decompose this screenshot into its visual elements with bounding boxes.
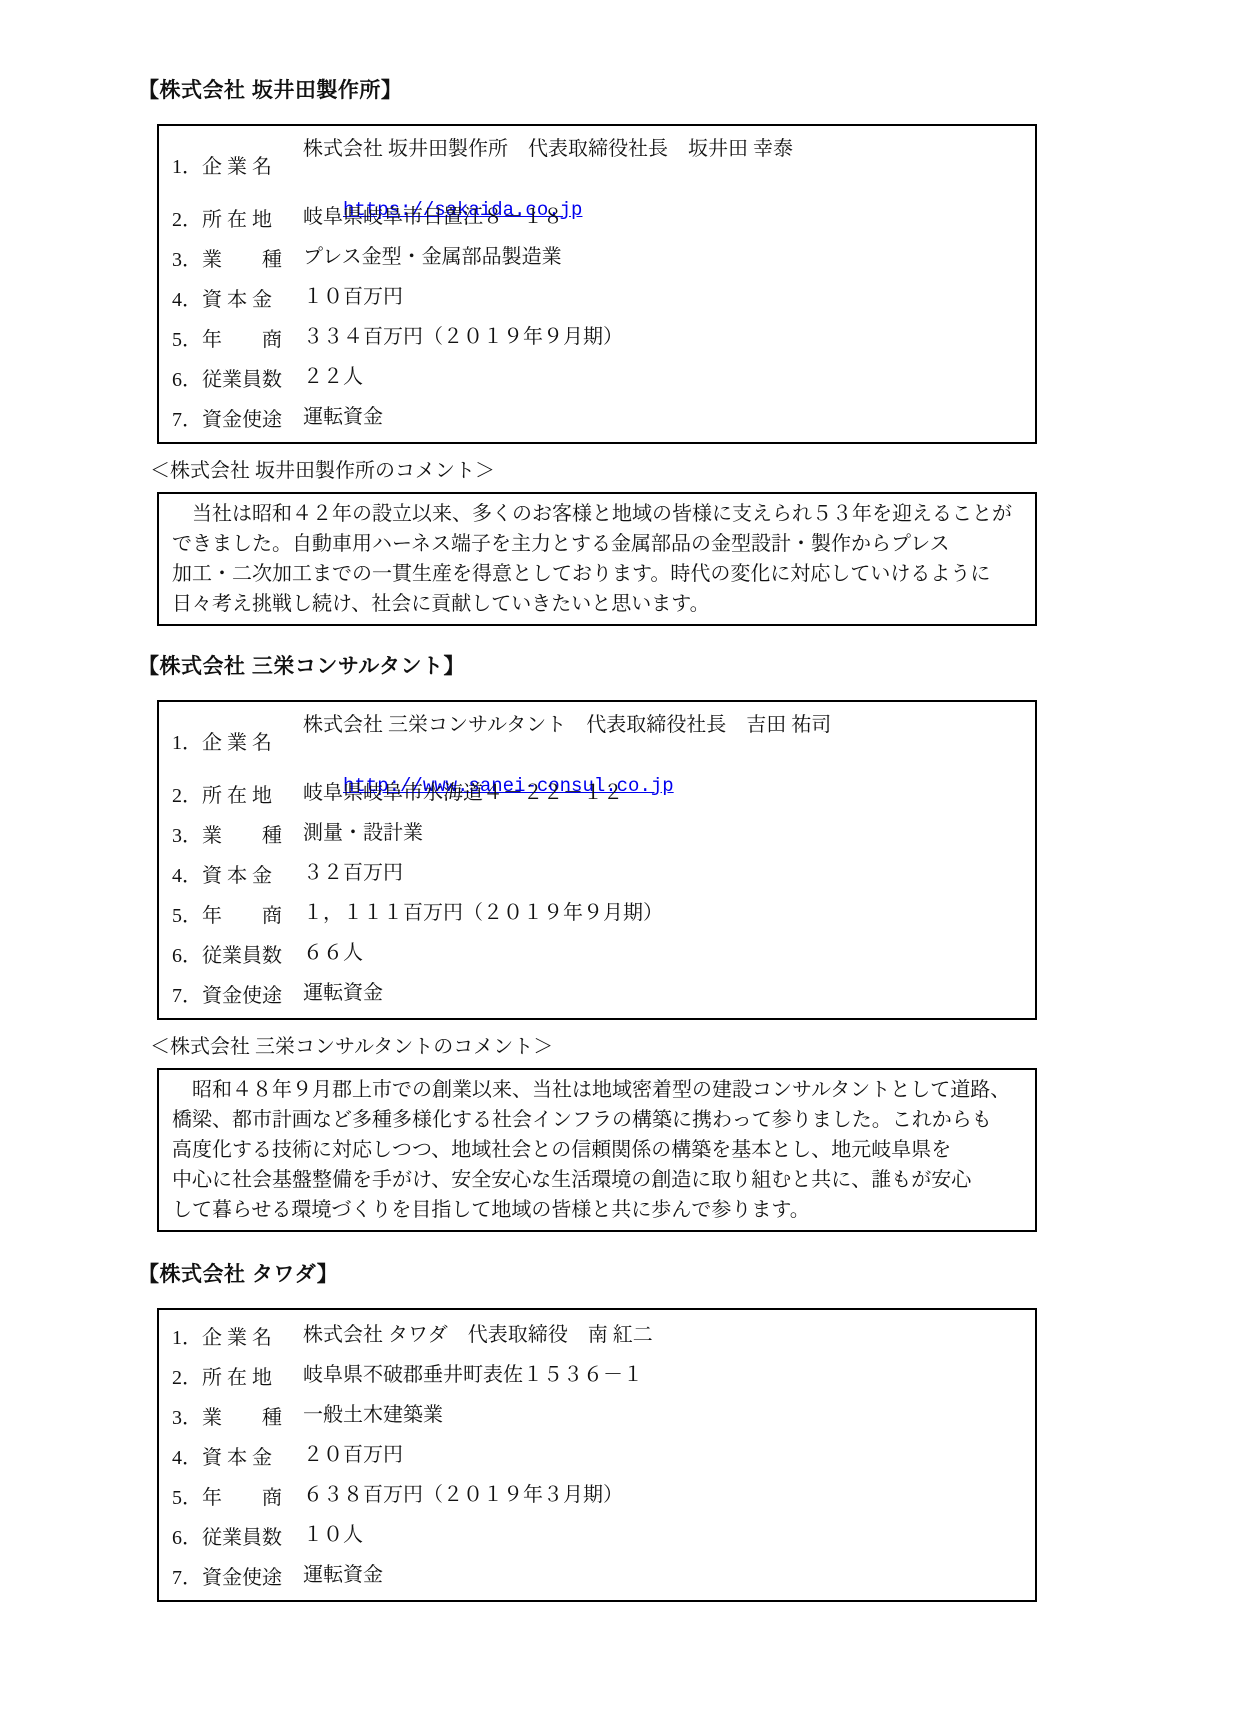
row-label: 4．資 本 金 <box>172 283 303 312</box>
company-info-table: 1．企 業 名 株式会社 タワダ 代表取締役 南 紅二 2．所 在 地 岐阜県不… <box>157 1308 1037 1602</box>
row-value: １，１１１百万円（２０１９年９月期） <box>303 898 663 928</box>
row-value: １０百万円 <box>303 282 403 312</box>
row-label: 5．年 商 <box>172 323 303 352</box>
table-row: 5．年 商 １，１１１百万円（２０１９年９月期） <box>159 893 1035 933</box>
table-row: 2．所 在 地 岐阜県不破郡垂井町表佐１５３６－１ <box>159 1355 1035 1395</box>
comment-line: 当社は昭和４２年の設立以来、多くのお客様と地域の皆様に支えられ５３年を迎えること… <box>172 499 1022 529</box>
row-value: 岐阜県岐阜市日置江８－１８ <box>303 202 563 232</box>
comment-title: ＜株式会社 坂井田製作所のコメント＞ <box>150 458 1234 484</box>
table-row: 6．従業員数 １０人 <box>159 1515 1035 1555</box>
row-label: 7．資金使途 <box>172 403 303 432</box>
comment-line: 昭和４８年９月郡上市での創業以来、当社は地域密着型の建設コンサルタントとして道路… <box>172 1075 1022 1105</box>
comment-line: できました。自動車用ハーネス端子を主力とする金属部品の金型設計・製作からプレス <box>172 529 1022 559</box>
table-row: 1．企 業 名 株式会社 三栄コンサルタント 代表取締役社長 吉田 祐司 htt… <box>159 707 1035 773</box>
document-page: 【株式会社 坂井田製作所】 1．企 業 名 株式会社 坂井田製作所 代表取締役社… <box>0 0 1234 1714</box>
company-info-table: 1．企 業 名 株式会社 坂井田製作所 代表取締役社長 坂井田 幸泰 https… <box>157 124 1037 444</box>
row-value: 測量・設計業 <box>303 818 423 848</box>
row-value: 運転資金 <box>303 402 383 432</box>
row-label: 7．資金使途 <box>172 1561 303 1590</box>
comment-box: 当社は昭和４２年の設立以来、多くのお客様と地域の皆様に支えられ５３年を迎えること… <box>157 492 1037 626</box>
row-label: 6．従業員数 <box>172 1521 303 1550</box>
row-value: 株式会社 タワダ 代表取締役 南 紅二 <box>303 1320 653 1350</box>
row-label: 2．所 在 地 <box>172 1361 303 1390</box>
row-label: 1．企 業 名 <box>172 726 303 755</box>
row-value: ２２人 <box>303 362 363 392</box>
row-label: 3．業 種 <box>172 1401 303 1430</box>
section-spacer <box>0 1232 1234 1262</box>
comment-box: 昭和４８年９月郡上市での創業以来、当社は地域密着型の建設コンサルタントとして道路… <box>157 1068 1037 1232</box>
table-row: 7．資金使途 運転資金 <box>159 1555 1035 1595</box>
row-value: 岐阜県不破郡垂井町表佐１５３６－１ <box>303 1360 643 1390</box>
table-row: 7．資金使途 運転資金 <box>159 397 1035 437</box>
row-value: 岐阜県岐阜市水海道４－２２－１２ <box>303 778 623 808</box>
company-title: 【株式会社 タワダ】 <box>138 1262 1234 1288</box>
table-row: 3．業 種 一般土木建築業 <box>159 1395 1035 1435</box>
row-value: ６３８百万円（２０１９年３月期） <box>303 1480 623 1510</box>
comment-line: 中心に社会基盤整備を手がけ、安全安心な生活環境の創造に取り組むと共に、誰もが安心 <box>172 1165 1022 1195</box>
row-label: 4．資 本 金 <box>172 1441 303 1470</box>
comment-line: して暮らせる環境づくりを目指して地域の皆様と共に歩んで参ります。 <box>172 1195 1022 1225</box>
comment-line: 高度化する技術に対応しつつ、地域社会との信頼関係の構築を基本とし、地元岐阜県を <box>172 1135 1022 1165</box>
row-label: 2．所 在 地 <box>172 203 303 232</box>
row-value: 運転資金 <box>303 1560 383 1590</box>
row-label: 1．企 業 名 <box>172 150 303 179</box>
row-value: 運転資金 <box>303 978 383 1008</box>
table-row: 4．資 本 金 １０百万円 <box>159 277 1035 317</box>
row-label: 5．年 商 <box>172 1481 303 1510</box>
table-row: 2．所 在 地 岐阜県岐阜市水海道４－２２－１２ <box>159 773 1035 813</box>
row-value: １０人 <box>303 1520 363 1550</box>
table-row: 4．資 本 金 ２０百万円 <box>159 1435 1035 1475</box>
table-row: 1．企 業 名 株式会社 坂井田製作所 代表取締役社長 坂井田 幸泰 https… <box>159 131 1035 197</box>
row-label: 3．業 種 <box>172 243 303 272</box>
table-row: 5．年 商 ３３４百万円（２０１９年９月期） <box>159 317 1035 357</box>
row-label: 6．従業員数 <box>172 939 303 968</box>
table-row: 1．企 業 名 株式会社 タワダ 代表取締役 南 紅二 <box>159 1315 1035 1355</box>
row-label: 2．所 在 地 <box>172 779 303 808</box>
company-name-line: 株式会社 坂井田製作所 代表取締役社長 坂井田 幸泰 <box>303 134 793 164</box>
company-name-line: 株式会社 三栄コンサルタント 代表取締役社長 吉田 祐司 <box>303 710 831 740</box>
row-value: ３３４百万円（２０１９年９月期） <box>303 322 623 352</box>
table-row: 5．年 商 ６３８百万円（２０１９年３月期） <box>159 1475 1035 1515</box>
row-value: ６６人 <box>303 938 363 968</box>
comment-line: 日々考え挑戦し続け、社会に貢献していきたいと思います。 <box>172 589 1022 619</box>
row-label: 4．資 本 金 <box>172 859 303 888</box>
row-label: 5．年 商 <box>172 899 303 928</box>
row-value: ２０百万円 <box>303 1440 403 1470</box>
table-row: 6．従業員数 ６６人 <box>159 933 1035 973</box>
row-value: 一般土木建築業 <box>303 1400 443 1430</box>
row-label: 6．従業員数 <box>172 363 303 392</box>
row-label: 7．資金使途 <box>172 979 303 1008</box>
comment-title: ＜株式会社 三栄コンサルタントのコメント＞ <box>150 1034 1234 1060</box>
comment-line: 橋梁、都市計画など多種多様化する社会インフラの構築に携わって参りました。これから… <box>172 1105 1022 1135</box>
table-row: 4．資 本 金 ３２百万円 <box>159 853 1035 893</box>
table-row: 6．従業員数 ２２人 <box>159 357 1035 397</box>
table-row: 7．資金使途 運転資金 <box>159 973 1035 1013</box>
row-value: ３２百万円 <box>303 858 403 888</box>
company-info-table: 1．企 業 名 株式会社 三栄コンサルタント 代表取締役社長 吉田 祐司 htt… <box>157 700 1037 1020</box>
comment-line: 加工・二次加工までの一貫生産を得意としております。時代の変化に対応していけるよう… <box>172 559 1022 589</box>
row-label: 3．業 種 <box>172 819 303 848</box>
row-value: プレス金型・金属部品製造業 <box>303 242 562 272</box>
row-label: 1．企 業 名 <box>172 1321 303 1350</box>
